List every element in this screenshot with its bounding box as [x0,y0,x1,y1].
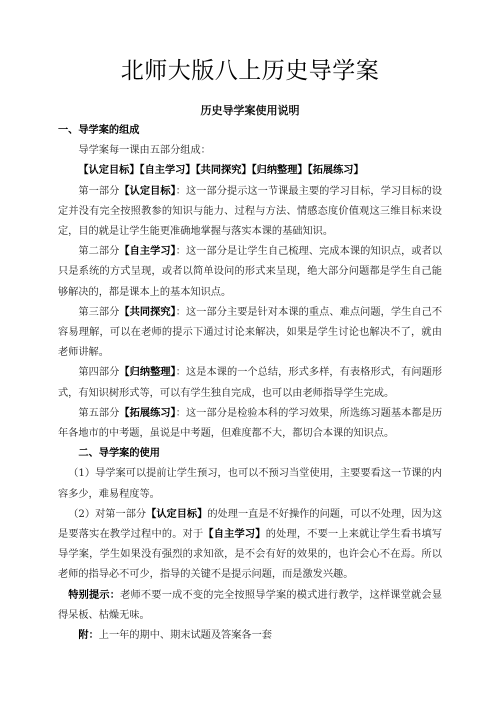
part1-paragraph: 第一部分【认定目标】：这一部分提示这一节课最主要的学习目标，学习目标的设定并没有… [58,182,442,243]
part5-prefix: 第五部分 [78,408,119,419]
part5-tag: 【拓展练习】 [119,408,175,419]
special-tip: 特别提示：老师不要一成不变的完全按照导学案的模式进行教学，这样课堂就会显得呆板、… [58,586,442,626]
appendix-note: 附：上一年的期中、期末试题及答案各一套 [58,626,442,646]
part5-paragraph: 第五部分【拓展练习】：这一部分是检验本科的学习效果，所选练习题基本都是历年各地市… [58,404,442,444]
usage-item-1: （1）导学案可以提前让学生预习，也可以不预习当堂使用，主要要看这一节课的内容多少… [58,464,442,504]
document-page: 北师大版八上历史导学案 历史导学案使用说明 一、导学案的组成 导学案每一课由五部… [0,0,500,706]
document-title: 北师大版八上历史导学案 [0,52,500,85]
part2-paragraph: 第二部分【自主学习】：这一部分是让学生自己梳理、完成本课的知识点，或者以只是系统… [58,242,442,303]
section1-heading: 一、导学案的组成 [58,125,140,136]
part2-tag: 【自主学习】 [119,246,175,257]
part4-prefix: 第四部分 [78,367,119,378]
usage-item-2-tag1: 【认定目标】 [146,509,207,520]
document-body: 一、导学案的组成 导学案每一课由五部分组成： 【认定目标】【自主学习】【共同探究… [58,121,442,646]
part2-prefix: 第二部分 [78,246,119,257]
document-subtitle: 历史导学案使用说明 [0,102,500,118]
usage-item-2-a: （2）对第一部分 [68,509,146,520]
tag-goals: 【认定目标】 [78,165,139,176]
tag-extension: 【拓展练习】 [308,165,364,176]
part4-tag: 【归纳整理】 [119,367,175,378]
parts-tags-line: 【认定目标】【自主学习】【共同探究】【归纳整理】【拓展练习】 [58,161,442,181]
part3-prefix: 第三部分 [78,307,119,318]
usage-item-2-tag2: 【自主学习】 [203,529,265,540]
tag-self-study: 【自主学习】 [140,165,196,176]
part4-paragraph: 第四部分【归纳整理】：这是本课的一个总结，形式多样，有表格形式，有问题形式，有知… [58,363,442,403]
section2-heading: 二、导学案的使用 [78,448,160,459]
part3-tag: 【共同探究】 [119,307,175,318]
section1-intro: 导学案每一课由五部分组成： [58,141,442,161]
part3-paragraph: 第三部分【共同探究】：这一部分主要是针对本课的重点、难点问题，学生自己不容易理解… [58,303,442,364]
section-heading-composition: 一、导学案的组成 [58,121,442,141]
tag-joint-inquiry: 【共同探究】 [196,165,252,176]
part1-prefix: 第一部分 [78,186,119,197]
appendix-label: 附： [78,630,98,641]
special-tip-label: 特别提示： [68,590,120,601]
appendix-text: 上一年的期中、期末试题及答案各一套 [99,630,272,641]
tag-summary: 【归纳整理】 [252,165,308,176]
part1-tag: 【认定目标】 [119,186,175,197]
usage-item-2: （2）对第一部分【认定目标】的处理一直是不好操作的问题，可以不处理，因为这是要落… [58,505,442,586]
section-heading-usage: 二、导学案的使用 [58,444,442,464]
